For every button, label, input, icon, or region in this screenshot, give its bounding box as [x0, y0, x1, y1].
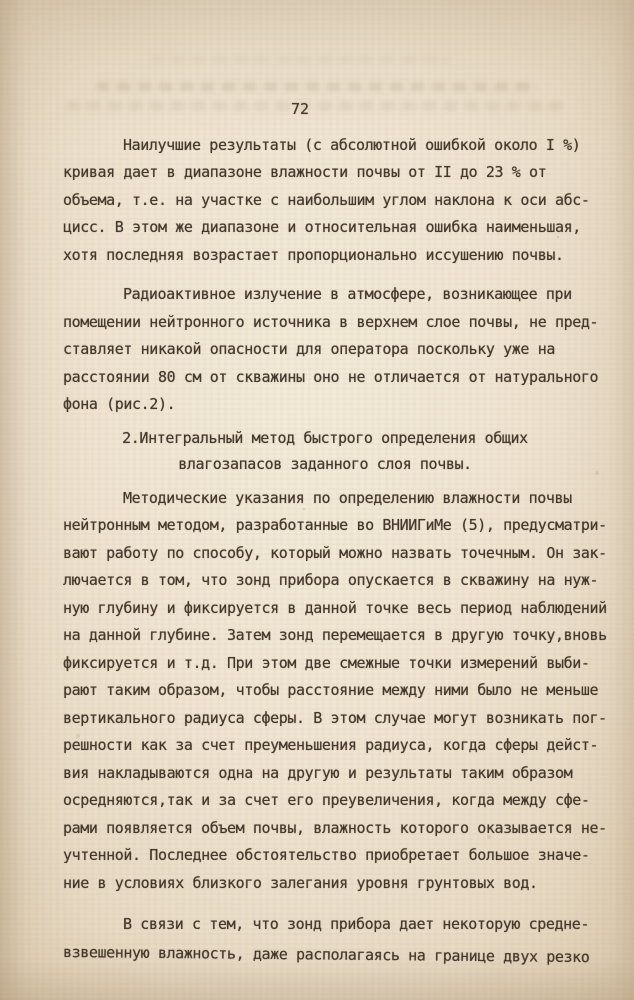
text-line: решности как за счет преуменьшения радиу…: [63, 732, 587, 760]
page-number: 72: [38, 96, 562, 124]
text-line: нейтронным методом, разработанные во ВНИ…: [63, 512, 587, 540]
text-line: Радиоактивное излучение в атмосфере, воз…: [63, 281, 587, 309]
text-line: помещении нейтронного источника в верхне…: [63, 309, 587, 337]
text-line: хотя последняя возрастает пропорциональн…: [63, 242, 587, 270]
text-line: на данной глубине. Затем зонд перемещает…: [63, 622, 587, 650]
paragraph-method-description: Методические указания по определению вла…: [63, 485, 587, 898]
heading-line: 2.Интегральный метод быстрого определени…: [63, 425, 587, 451]
text-line: рают таким образом, чтобы расстояние меж…: [63, 677, 587, 705]
text-line: вия накладываются одна на другую и резул…: [63, 760, 587, 788]
text-line: лючается в том, что зонд прибора опускае…: [63, 567, 587, 595]
text-line: вают работу по способу, который можно на…: [63, 540, 587, 568]
heading-line: влагозапасов заданного слоя почвы.: [63, 451, 587, 477]
text-line: ную глубину и фиксируется в данной точке…: [63, 595, 587, 623]
text-line: фона (рис.2).: [63, 391, 587, 419]
text-line: учтенной. Последнее обстоятельство приоб…: [63, 842, 587, 870]
paragraph-radiation-safety: Радиоактивное излучение в атмосфере, воз…: [63, 281, 587, 419]
text-line: вертикального радиуса сферы. В этом случ…: [63, 705, 587, 733]
text-line: объема, т.е. на участке с наибольшим угл…: [63, 187, 587, 215]
text-line: Наилучшие результаты (с абсолютной ошибк…: [63, 132, 587, 160]
text-line: фиксируется и т.д. При этом две смежные …: [63, 650, 587, 678]
text-line: осредняются,так и за счет его преувеличе…: [63, 787, 587, 815]
paragraph-average-moisture: В связи с тем, что зонд прибора дает нек…: [63, 911, 587, 966]
text-line: В связи с тем, что зонд прибора дает нек…: [63, 911, 587, 939]
text-line: ние в условиях близкого залегания уровня…: [63, 870, 587, 898]
bleedthrough-smudge: [150, 56, 450, 63]
paragraph-best-results: Наилучшие результаты (с абсолютной ошибк…: [63, 132, 587, 270]
section-heading: 2.Интегральный метод быстрого определени…: [63, 425, 587, 477]
page-content: 72 Наилучшие результаты (с абсолютной ош…: [63, 96, 587, 966]
text-line: рами появляется объем почвы, влажность к…: [63, 815, 587, 843]
text-line: ставляет никакой опасности для оператора…: [63, 336, 587, 364]
text-line: расстоянии 80 см от скважины оно не отли…: [63, 364, 587, 392]
bleedthrough-smudge: [96, 82, 538, 91]
text-line: Методические указания по определению вла…: [63, 485, 587, 513]
text-line: цисс. В этом же диапазоне и относительна…: [63, 214, 587, 242]
scanned-page: 72 Наилучшие результаты (с абсолютной ош…: [0, 0, 634, 1000]
text-line: кривая дает в диапазоне влажности почвы …: [63, 159, 587, 187]
text-line: взвешенную влажность, даже располагаясь …: [63, 939, 587, 972]
paper-specks: [0, 0, 2, 2]
